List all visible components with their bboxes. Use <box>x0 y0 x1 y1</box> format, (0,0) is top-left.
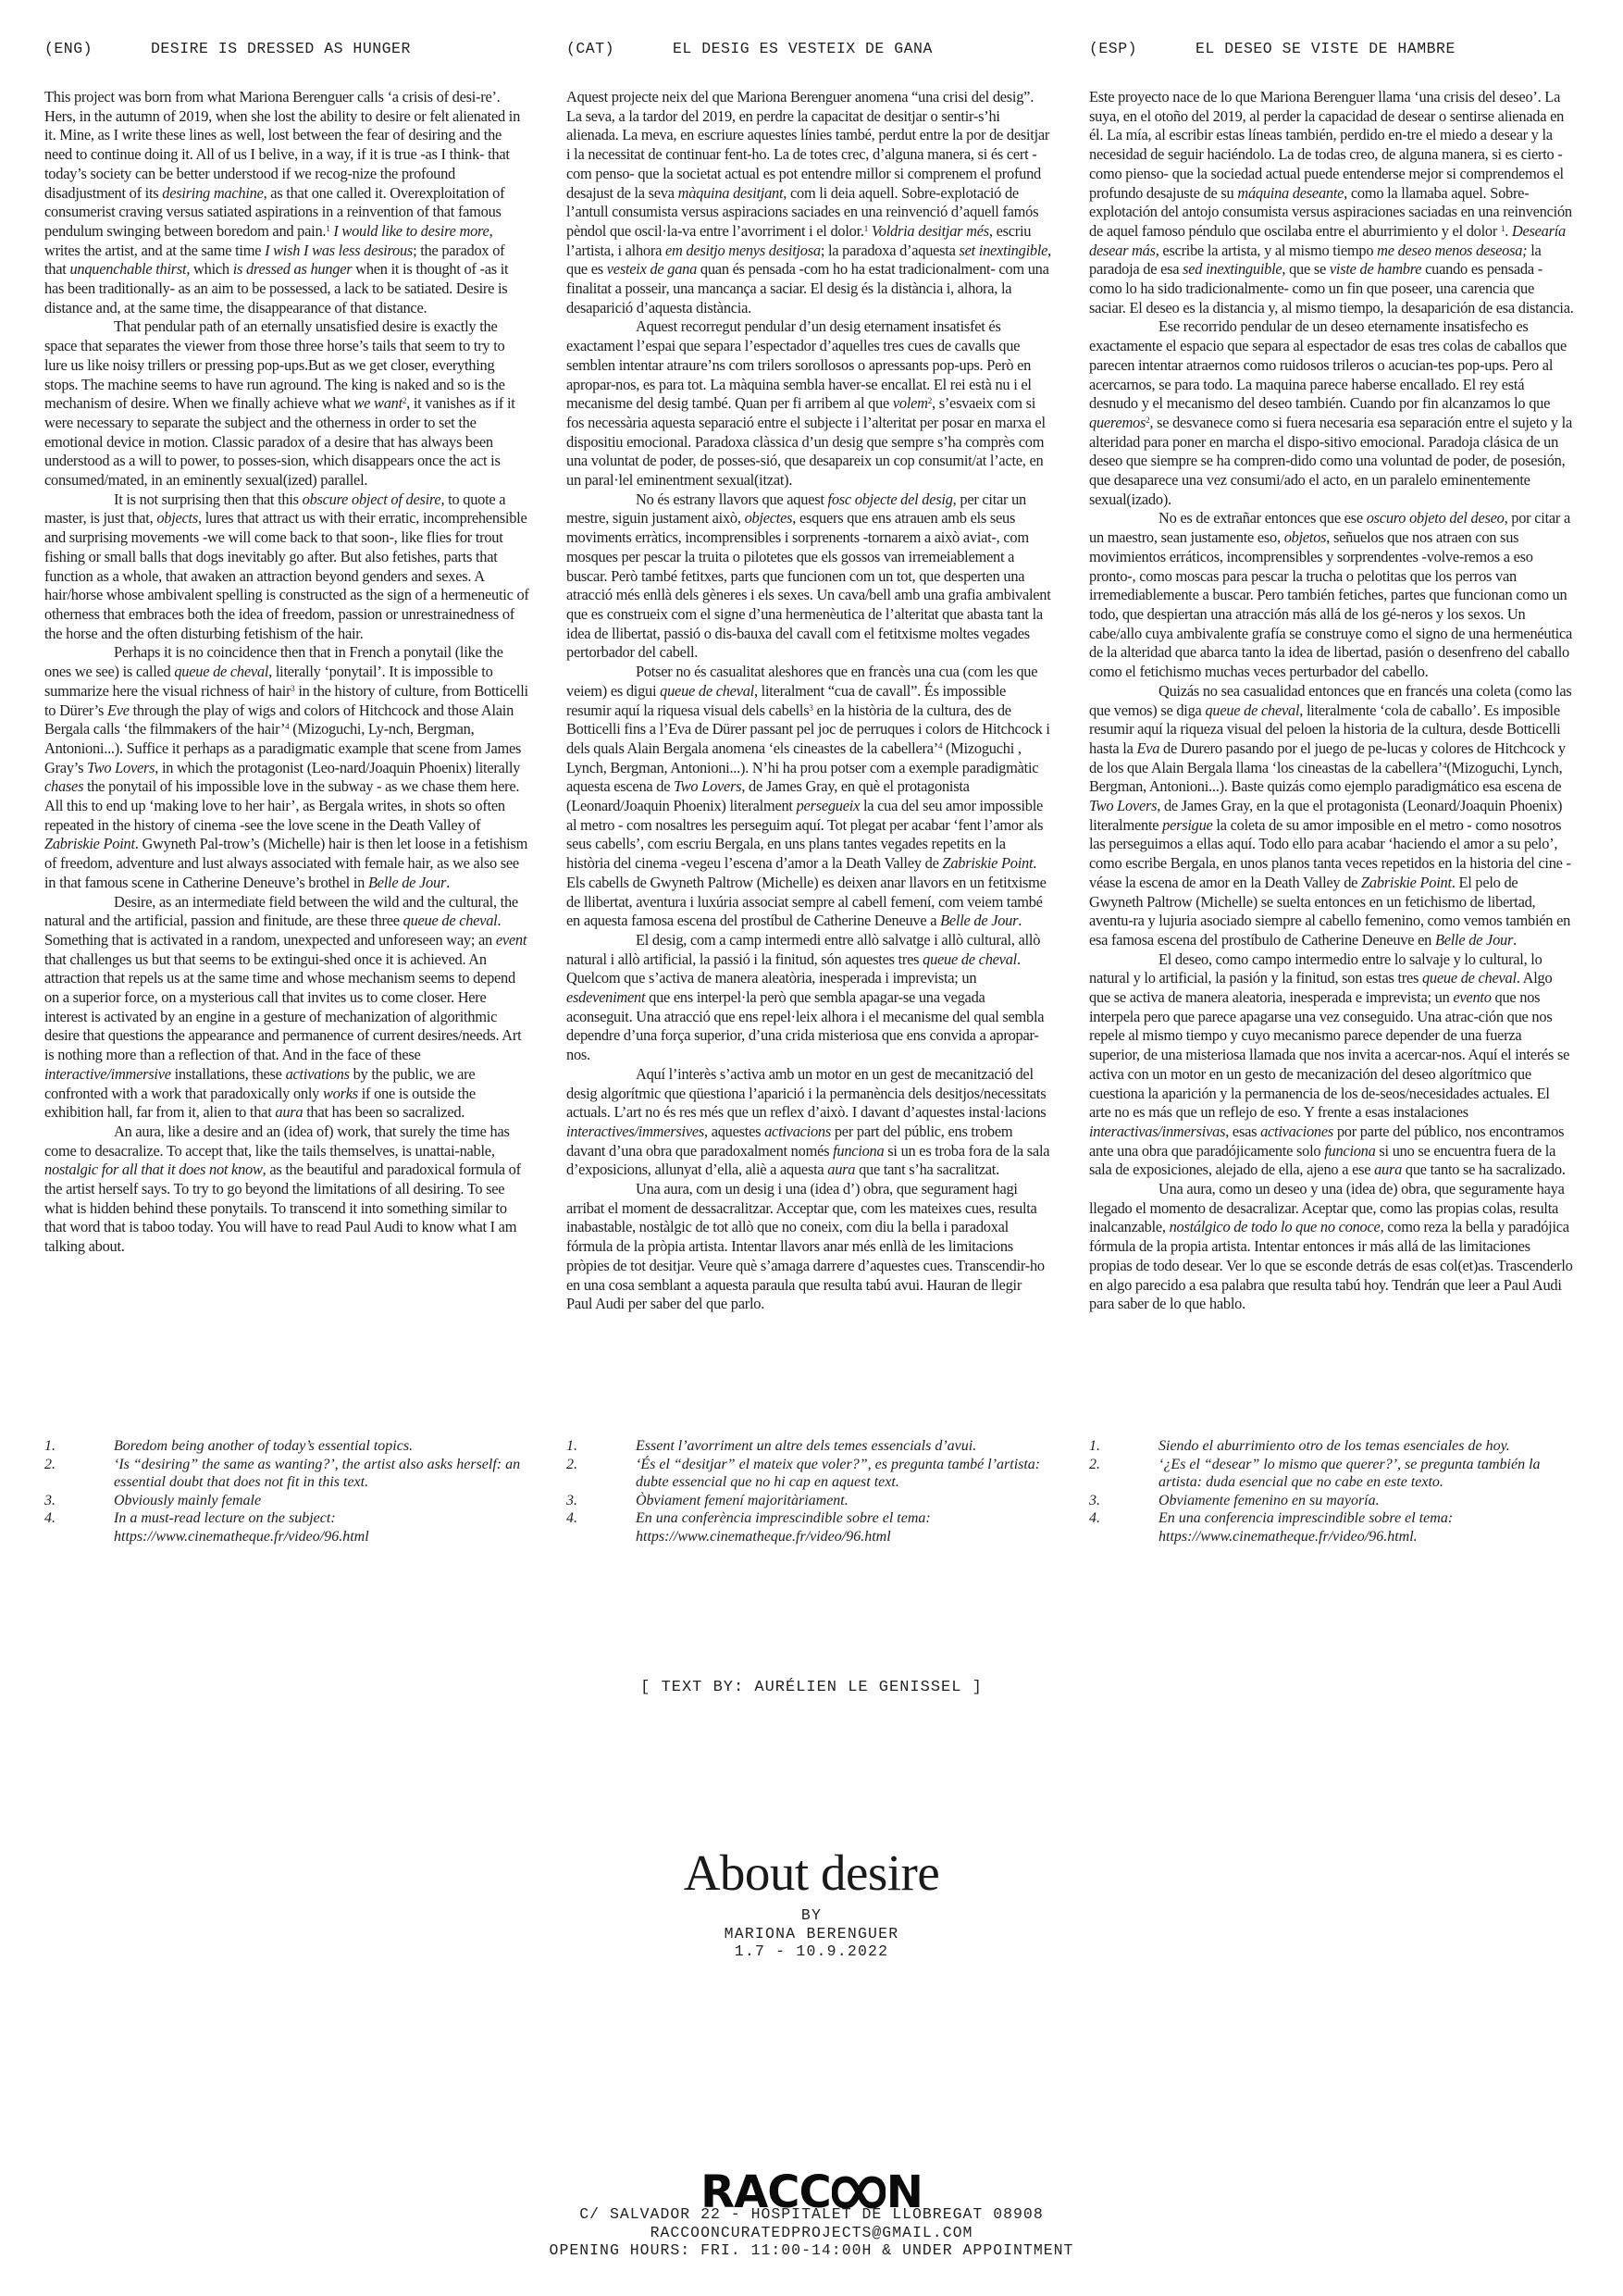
emphasis: nostálgico de todo lo que no conoce <box>1170 1218 1381 1235</box>
exhibition-title: About desire <box>0 1843 1623 1902</box>
language-tag: (ENG) <box>44 40 151 57</box>
paragraph: Ese recorrido pendular de un deseo etern… <box>1089 317 1574 509</box>
paragraph: Desire, as an intermediate field between… <box>44 893 529 1123</box>
emphasis: fosc objecte del desig <box>828 490 953 508</box>
emphasis: obscure object of desire <box>303 490 441 508</box>
emphasis: queue de cheval <box>403 912 498 929</box>
emphasis: nostalgic for all that it does not know <box>44 1160 263 1178</box>
emphasis: chases <box>44 777 83 795</box>
body-text-esp: Este proyecto nace de lo que Mariona Ber… <box>1089 88 1574 1314</box>
emphasis: em desitjo menys desitjosa <box>665 242 821 259</box>
emphasis: Two Lovers <box>674 777 741 795</box>
text-run: the ponytail of his impossible love in t… <box>44 777 519 833</box>
venue-address: C/ SALVADOR 22 - HOSPITALET DE LLOBREGAT… <box>0 2205 1623 2224</box>
text-run: , esquers que ens atrauen amb els seus m… <box>566 509 1051 661</box>
text-run: that challenges us but that seems to be … <box>44 950 521 1064</box>
text-run: . <box>446 874 450 891</box>
text-run: , aquestes <box>704 1123 764 1140</box>
emphasis: queue de cheval <box>660 682 754 700</box>
text-run: ; la paradoxa d’aquesta <box>821 242 960 259</box>
text-run: que nos interpela pero que parece apagar… <box>1089 988 1569 1121</box>
footnote: 3.Obviamente femenino en su mayoría. <box>1089 1492 1574 1510</box>
column-header-eng: (ENG)DESIRE IS DRESSED AS HUNGER <box>44 40 529 57</box>
emphasis: aura <box>275 1103 303 1121</box>
emphasis: works <box>323 1085 358 1102</box>
emphasis: is dressed as hunger <box>233 260 353 278</box>
column-title: EL DESIG ES VESTEIX DE GANA <box>673 40 933 57</box>
emphasis: Belle de Jour <box>368 874 446 891</box>
by-label: BY <box>0 1906 1623 1925</box>
emphasis: objects <box>156 509 198 527</box>
text-run: que tanto se ha sacralizado. <box>1402 1160 1566 1178</box>
footnote-ref: 1 <box>326 224 329 233</box>
text-run: , escribe la artista, y al mismo tiempo <box>1156 242 1377 259</box>
footnote: 3.Obviously mainly female <box>44 1492 529 1510</box>
language-tag: (CAT) <box>566 40 673 57</box>
paragraph: Potser no és casualitat aleshores que en… <box>566 663 1051 931</box>
emphasis: activaciones <box>1260 1123 1333 1140</box>
footnote: 1.Essent l’avorriment un altre dels teme… <box>566 1437 1051 1456</box>
paragraph: It is not surprising then that this obsc… <box>44 490 529 644</box>
footnote: 4.In a must-read lecture on the subject:… <box>44 1509 529 1545</box>
paragraph: Este proyecto nace de lo que Mariona Ber… <box>1089 88 1574 317</box>
emphasis: objectes <box>745 509 793 527</box>
footnote: 4.En una conferencia imprescindible sobr… <box>1089 1509 1574 1545</box>
emphasis: volem <box>893 394 928 412</box>
emphasis: Eve <box>107 701 130 719</box>
footnotes-eng: 1.Boredom being another of today’s essen… <box>44 1437 529 1546</box>
byline: BY MARIONA BERENGUER 1.7 - 10.9.2022 <box>0 1906 1623 1961</box>
text-run: , que se <box>1282 260 1329 278</box>
paragraph: That pendular path of an eternally unsat… <box>44 317 529 490</box>
text-run: , lures that attract us with their errat… <box>44 509 529 641</box>
body-text-eng: This project was born from what Mariona … <box>44 88 529 1257</box>
emphasis: Two Lovers <box>87 759 155 776</box>
paragraph: El deseo, como campo intermedio entre lo… <box>1089 950 1574 1180</box>
text-run: . <box>1018 912 1022 929</box>
text-run: . <box>1513 931 1517 949</box>
exhibition-dates: 1.7 - 10.9.2022 <box>0 1942 1623 1961</box>
paragraph: Aquest projecte neix del que Mariona Ber… <box>566 88 1051 317</box>
emphasis: Zabriskie Point <box>942 854 1033 872</box>
emphasis: sed inextinguible <box>1183 260 1282 278</box>
paragraph: Perhaps it is no coincidence then that i… <box>44 643 529 892</box>
paragraph: El desig, com a camp intermedi entre all… <box>566 931 1051 1065</box>
emphasis: we want <box>353 394 402 412</box>
emphasis: evento <box>1453 988 1491 1006</box>
emphasis: Zabriskie Point <box>44 835 135 852</box>
emphasis: funciona <box>1324 1142 1375 1160</box>
text-run: que tant s’ha sacralitzat. <box>855 1160 999 1178</box>
text-run: An aura, like a desire and an (idea of) … <box>44 1123 510 1160</box>
emphasis: esdeveniment <box>566 988 645 1006</box>
footnotes-cat: 1.Essent l’avorriment un altre dels teme… <box>566 1437 1051 1546</box>
emphasis: Voldria desitjar més <box>872 222 989 240</box>
paragraph: Aquest recorregut pendular d’un desig et… <box>566 317 1051 490</box>
footnote: 4.En una conferència imprescindible sobr… <box>566 1509 1051 1545</box>
text-run: installations, these <box>171 1065 286 1083</box>
footnote: 1.Siendo el aburrimiento otro de los tem… <box>1089 1437 1574 1456</box>
text-credit: [ TEXT BY: AURÉLIEN LE GENISSEL ] <box>0 1679 1623 1696</box>
emphasis: I wish I was less desirous <box>265 242 413 259</box>
text-run: Ese recorrido pendular de un deseo etern… <box>1089 317 1567 412</box>
text-run: , se desvanece como si fuera necesaria e… <box>1089 414 1572 508</box>
emphasis: queremos <box>1089 414 1146 431</box>
footnote: 1.Boredom being another of today’s essen… <box>44 1437 529 1456</box>
paragraph: Una aura, com un desig i una (idea d’) o… <box>566 1180 1051 1314</box>
text-run: Aquí l’interès s’activa amb un motor en … <box>566 1065 1046 1121</box>
emphasis: queue de cheval <box>1422 969 1517 987</box>
text-run: , which <box>186 260 232 278</box>
emphasis: vesteix de gana <box>607 260 697 278</box>
artist-name: MARIONA BERENGUER <box>0 1925 1623 1943</box>
footnote: 2.‘És el “desitjar” el mateix que voler?… <box>566 1456 1051 1492</box>
emphasis: Zabriskie Point <box>1361 874 1452 891</box>
emphasis: oscuro objeto del deseo <box>1367 509 1505 527</box>
column-header-cat: (CAT)EL DESIG ES VESTEIX DE GANA <box>566 40 1051 57</box>
text-run: No es de extrañar entonces que ese <box>1158 509 1367 527</box>
emphasis: viste de hambre <box>1330 260 1421 278</box>
emphasis: objetos <box>1284 528 1327 546</box>
emphasis: persegueix <box>797 797 861 814</box>
paragraph: Aquí l’interès s’activa amb un motor en … <box>566 1065 1051 1180</box>
emphasis: aura <box>827 1160 855 1178</box>
emphasis: interactives/immersives <box>566 1123 704 1140</box>
emphasis: event <box>496 931 527 949</box>
emphasis: me deseo menos deseosa; <box>1377 242 1527 259</box>
text-run: that has been so sacralized. <box>303 1103 465 1121</box>
emphasis: queue de cheval <box>174 663 268 680</box>
emphasis: Belle de Jour <box>1435 931 1513 949</box>
emphasis: Eva <box>1136 739 1159 757</box>
text-run: , in which the protagonist (Leo-nard/Joa… <box>155 759 520 776</box>
footnote: 2.‘¿Es el “desear” lo mismo que querer?’… <box>1089 1456 1574 1492</box>
language-tag: (ESP) <box>1089 40 1196 57</box>
emphasis: set inextingible <box>959 242 1047 259</box>
paragraph: No és estrany llavors que aquest fosc ob… <box>566 490 1051 663</box>
emphasis: Two Lovers <box>1089 797 1157 814</box>
emphasis: Belle de Jour <box>940 912 1018 929</box>
emphasis: I would like to desire more <box>333 222 489 240</box>
emphasis: activations <box>286 1065 350 1083</box>
emphasis: unquenchable thirst <box>69 260 186 278</box>
emphasis: persigue <box>1162 816 1212 834</box>
emphasis: queue de cheval <box>1205 701 1299 719</box>
emphasis: activacions <box>764 1123 831 1140</box>
footnote: 2.‘Is “desiring” the same as wanting?’, … <box>44 1456 529 1492</box>
paragraph: An aura, like a desire and an (idea of) … <box>44 1123 529 1257</box>
text-run: Una aura, com un desig i una (idea d’) o… <box>566 1180 1045 1312</box>
paragraph: No es de extrañar entonces que ese oscur… <box>1089 509 1574 681</box>
column-header-esp: (ESP)EL DESEO SE VISTE DE HAMBRE <box>1089 40 1574 57</box>
venue-contact: C/ SALVADOR 22 - HOSPITALET DE LLOBREGAT… <box>0 2205 1623 2260</box>
emphasis: aura <box>1374 1160 1402 1178</box>
opening-hours: OPENING HOURS: FRI. 11:00-14:00H & UNDER… <box>0 2241 1623 2260</box>
text-run: No és estrany llavors que aquest <box>636 490 828 508</box>
emphasis: funciona <box>833 1142 884 1160</box>
paragraph: This project was born from what Mariona … <box>44 88 529 317</box>
venue-email[interactable]: RACCOONCURATEDPROJECTS@GMAIL.COM <box>0 2224 1623 2242</box>
text-run: , señuelos que nos atraen con sus movimi… <box>1089 528 1572 680</box>
text-run: . <box>1505 222 1512 240</box>
emphasis: interactive/immersive <box>44 1065 171 1083</box>
emphasis: máquina deseante <box>1237 184 1344 202</box>
paragraph: Una aura, como un deseo y una (idea de) … <box>1089 1180 1574 1314</box>
emphasis: interactivas/inmersivas <box>1089 1123 1225 1140</box>
text-run: , esas <box>1225 1123 1260 1140</box>
column-title: DESIRE IS DRESSED AS HUNGER <box>151 40 411 57</box>
emphasis: màquina desitjant <box>678 184 784 202</box>
column-title: EL DESEO SE VISTE DE HAMBRE <box>1196 40 1456 57</box>
paragraph: Quizás no sea casualidad entonces que en… <box>1089 682 1574 950</box>
footnote: 3.Òbviament femení majoritàriament. <box>566 1492 1051 1510</box>
body-text-cat: Aquest projecte neix del que Mariona Ber… <box>566 88 1051 1314</box>
footnotes-esp: 1.Siendo el aburrimiento otro de los tem… <box>1089 1437 1574 1546</box>
emphasis: queue de cheval <box>923 950 1017 968</box>
emphasis: desiring machine <box>162 184 263 202</box>
text-run: It is not surprising then that this <box>114 490 303 508</box>
